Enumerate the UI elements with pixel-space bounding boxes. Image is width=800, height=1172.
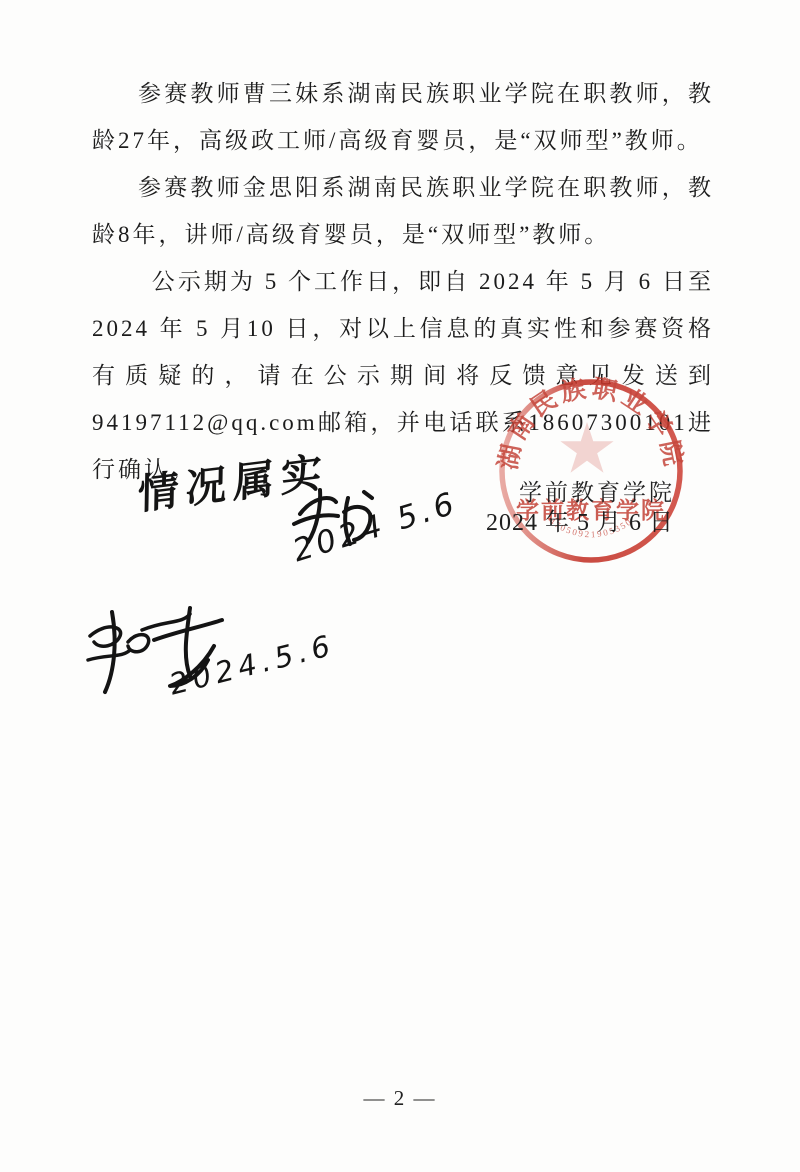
page-number: — 2 — xyxy=(0,1086,800,1111)
handwritten-signature-2 xyxy=(78,600,230,708)
star-icon xyxy=(560,422,613,473)
signoff-date: 2024 年 5 月 6 日 xyxy=(486,502,674,537)
official-seal: 湖南民族职业学院 学前教育学院 47050921905350 xyxy=(486,366,696,576)
paragraph-teacher-cao: 参赛教师曹三妹系湖南民族职业学院在职教师，教龄27年，高级政工师/高级育婴员，是… xyxy=(92,70,714,164)
document-page: 参赛教师曹三妹系湖南民族职业学院在职教师，教龄27年，高级政工师/高级育婴员，是… xyxy=(0,0,800,1172)
handwritten-signature-1 xyxy=(288,482,380,554)
paragraph-teacher-jin: 参赛教师金思阳系湖南民族职业学院在职教师，教龄8年，讲师/高级育婴员，是“双师型… xyxy=(92,164,714,258)
